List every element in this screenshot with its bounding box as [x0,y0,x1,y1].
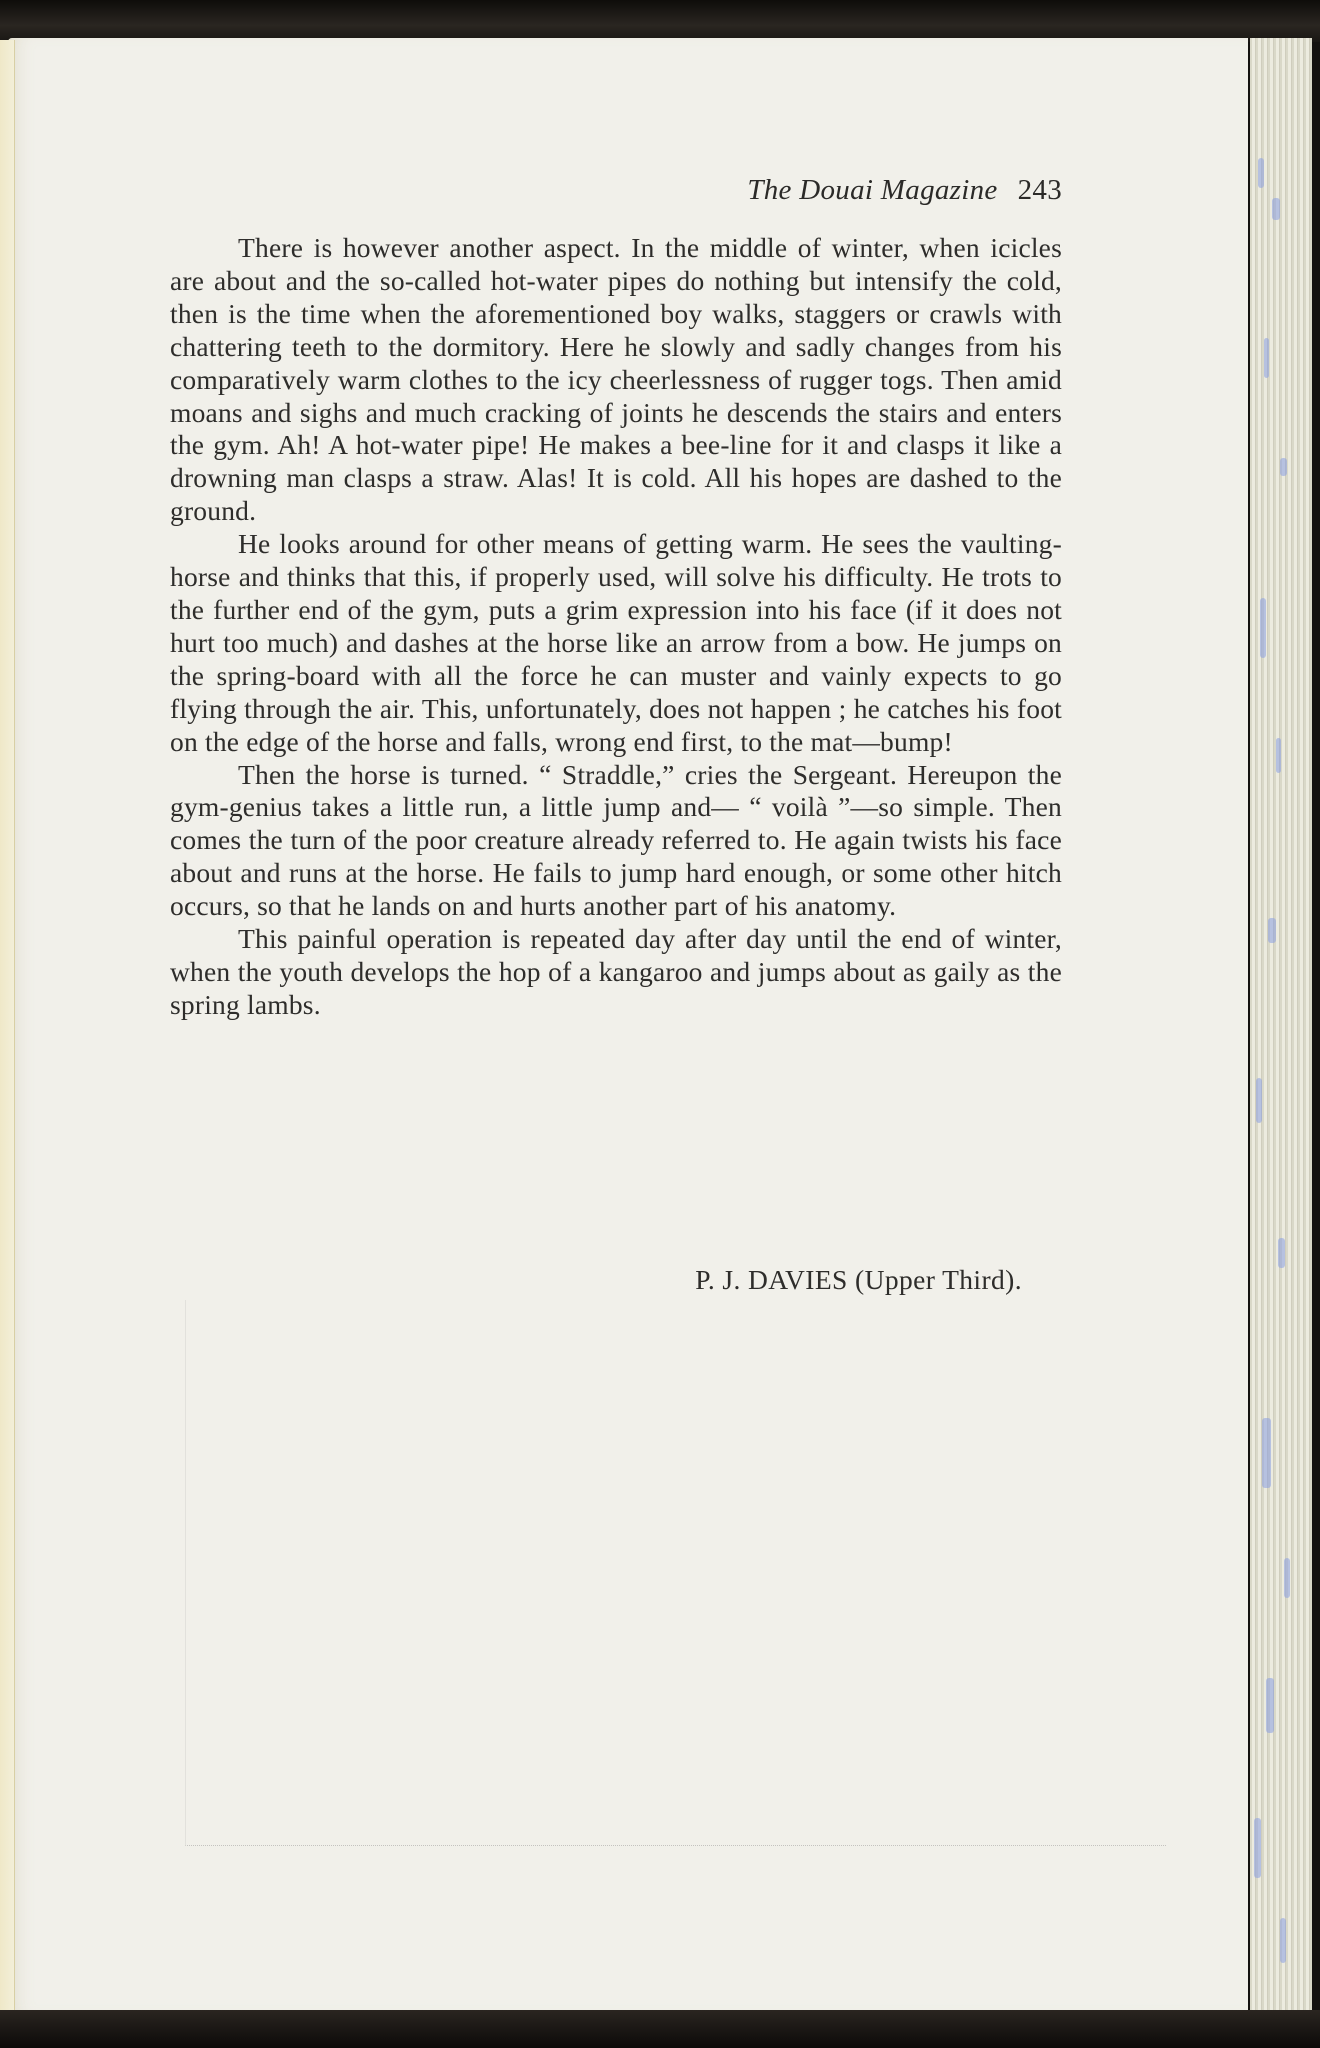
paragraph: There is however another aspect. In the … [170,232,1062,528]
article-body: There is however another aspect. In the … [170,232,1062,1022]
book-cover-bottom [0,2010,1320,2048]
page-number: 243 [1018,174,1062,206]
page-stack-edges [1250,38,1312,2013]
facing-page-edge [0,40,15,2010]
book-cover-top [0,0,1320,42]
paragraph: Then the horse is turned. “ Straddle,” c… [170,759,1062,924]
magazine-title: The Douai Magazine [747,174,997,206]
running-head: The Douai Magazine243 [170,174,1062,207]
paragraph: This painful operation is repeated day a… [170,923,1062,1022]
paragraph: He looks around for other means of getti… [170,528,1062,758]
reverse-side-showthrough [185,1300,1166,1846]
author-signature: P. J. DAVIES (Upper Third). [170,1264,1022,1296]
